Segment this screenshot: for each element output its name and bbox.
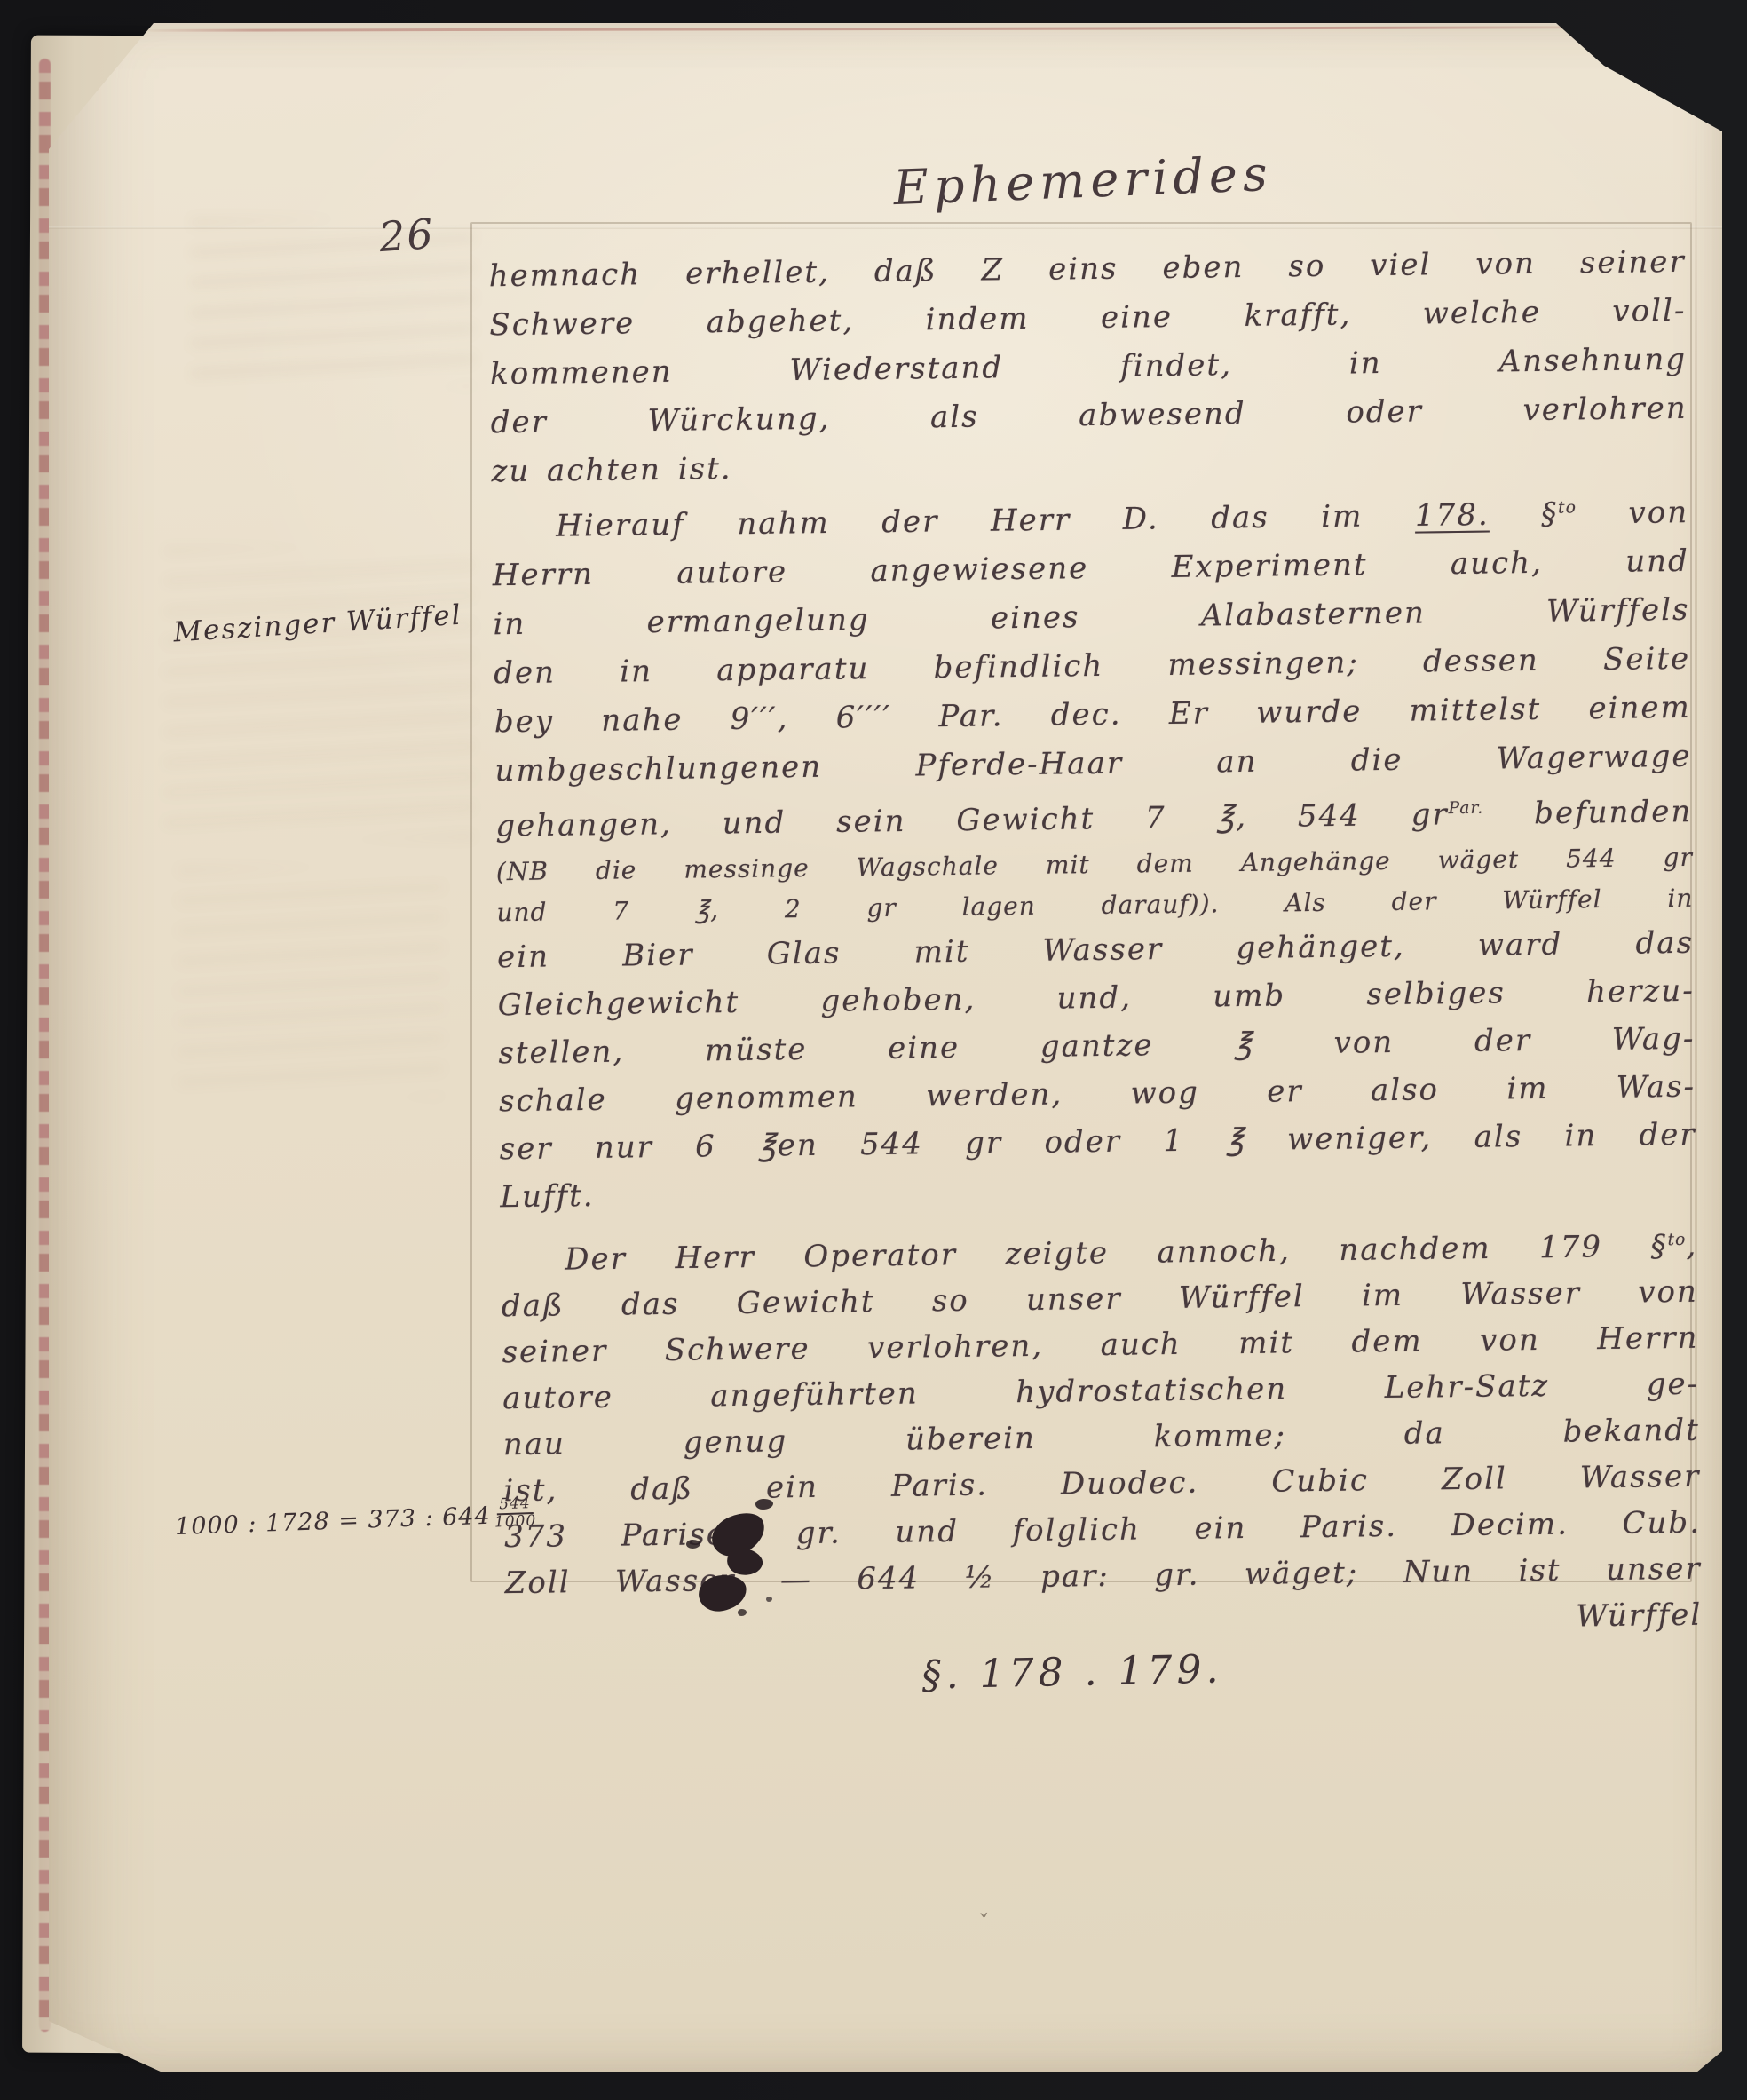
body-text-block: hemnach erhellet, daß Z eins eben so vie… [488,238,1702,1652]
paragraph-1: hemnach erhellet, daß Z eins eben so vie… [488,238,1688,496]
stray-pencil-caret-mark: ˇ [977,1910,992,1938]
paragraph-2-inline-note: (NB die messinge Wagschale mit dem Angeh… [496,836,1694,932]
page-number: 26 [377,210,436,261]
paragraph-2-continued: ein Bier Glas mit Wasser gehänget, ward … [497,918,1697,1220]
manuscript-scan: Ephemerides 26 Meszinger Würffel 1000 : … [0,0,1747,2100]
ink-blot [681,1490,832,1641]
page-top-red-edge-line [133,26,1660,32]
footer-section-reference: §. 178 . 179. [881,1646,1264,1700]
ink-bleedthrough-smudge [178,867,444,1098]
paragraph-2: Hierauf nahm der Herr D. das im 178. §to… [492,482,1693,852]
manuscript-page: Ephemerides 26 Meszinger Würffel 1000 : … [49,23,1722,2072]
ink-bleedthrough-smudge [164,547,475,840]
proportion-text: 1000 : 1728 = 373 : 644 [175,1502,492,1541]
page-title: Ephemerides [869,145,1297,217]
